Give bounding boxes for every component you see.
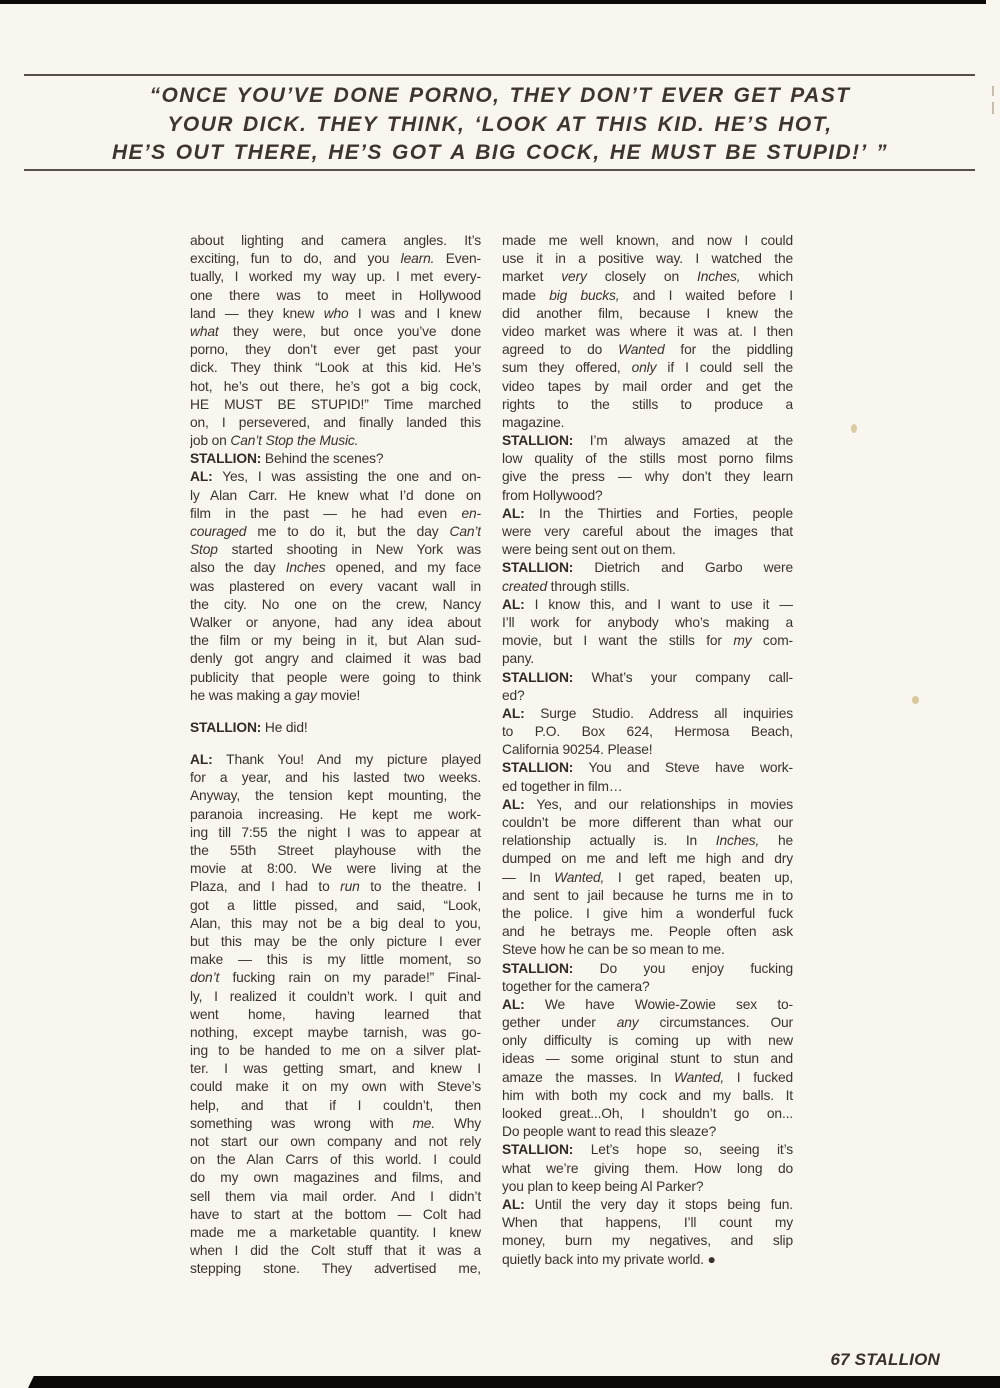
speaker-label: STALLION: bbox=[502, 433, 573, 448]
text-line: created through stills. bbox=[502, 578, 793, 596]
text-line: were being sent out on them. bbox=[502, 541, 793, 559]
speaker-label: AL: bbox=[190, 469, 213, 484]
text-line: the 55th Street playhouse with the bbox=[190, 842, 481, 860]
text-line: AL: In the Thirties and Forties, people bbox=[502, 505, 793, 523]
text-run: relationship actually is. In bbox=[502, 833, 716, 848]
text-run: give the press — why don’t they learn bbox=[502, 469, 793, 484]
pull-quote-line-3: HE’S OUT THERE, HE’S GOT A BIG COCK, HE … bbox=[25, 139, 975, 168]
text-line: ideas — some original stunt to stun and bbox=[502, 1050, 793, 1068]
italic-text: Inches bbox=[286, 560, 326, 575]
speaker-label: STALLION: bbox=[190, 451, 261, 466]
text-line: denly got angry and claimed it was bad bbox=[190, 650, 481, 668]
paper-scratch bbox=[992, 86, 994, 96]
text-line: ly Alan Carr. He knew what I’d done on bbox=[190, 487, 481, 505]
text-run: dumped on me and left me high and dry bbox=[502, 851, 793, 866]
text-line: give the press — why don’t they learn bbox=[502, 468, 793, 486]
text-line: only difficulty is coming up with new bbox=[502, 1032, 793, 1050]
text-run: the city. No one on the crew, Nancy bbox=[190, 597, 481, 612]
text-run: Let’s hope so, seeing it’s bbox=[573, 1142, 793, 1157]
text-line: STALLION: You and Steve have work- bbox=[502, 759, 793, 777]
italic-text: any bbox=[617, 1015, 639, 1030]
text-run: dick. They think “Look at this kid. He’s bbox=[190, 360, 481, 375]
text-run: use it in a positive way. I watched the bbox=[502, 251, 793, 266]
text-run: him with both my cock and my balls. It bbox=[502, 1088, 793, 1103]
text-run: Steve how he can be so mean to me. bbox=[502, 942, 725, 957]
text-line: looked great...Oh, I shouldn’t go on... bbox=[502, 1105, 793, 1123]
text-run: looked great...Oh, I shouldn’t go on... bbox=[502, 1106, 793, 1121]
italic-text: Wanted bbox=[618, 342, 664, 357]
text-run: for a year, and his lasted two weeks. bbox=[190, 770, 481, 785]
text-run: ter. I was getting smart, and knew I bbox=[190, 1061, 481, 1076]
text-run: and I waited before I bbox=[619, 288, 793, 303]
text-run: make — this is my little moment, so bbox=[190, 952, 481, 967]
text-line: money, burn my negatives, and slip bbox=[502, 1232, 793, 1250]
italic-text: created bbox=[502, 579, 547, 594]
text-line: but this may be the only picture I ever bbox=[190, 933, 481, 951]
text-run: also the day bbox=[190, 560, 286, 575]
text-line: and he betrays me. People often ask bbox=[502, 923, 793, 941]
text-run: com- bbox=[751, 633, 793, 648]
text-line: movie, but I want the stills for my com- bbox=[502, 632, 793, 650]
speaker-label: AL: bbox=[502, 706, 525, 721]
text-run: gether under bbox=[502, 1015, 617, 1030]
text-line: STALLION: What’s your company call- bbox=[502, 669, 793, 687]
text-line: sell them via mail order. And I didn’t bbox=[190, 1188, 481, 1206]
italic-text: big bucks, bbox=[549, 288, 619, 303]
italic-text: couraged bbox=[190, 524, 246, 539]
text-line: AL: Yes, and our relationships in movies bbox=[502, 796, 793, 814]
text-run: made me a marketable quantity. I knew bbox=[190, 1225, 481, 1240]
text-run: video tapes by mail order and get the bbox=[502, 379, 793, 394]
text-run: if I could sell the bbox=[656, 360, 793, 375]
text-run: together for the camera? bbox=[502, 979, 650, 994]
text-line: also the day Inches opened, and my face bbox=[190, 559, 481, 577]
text-line: film in the past — he had even en- bbox=[190, 505, 481, 523]
text-run: I fucked bbox=[724, 1070, 793, 1085]
text-line: got a little pissed, and said, “Look, bbox=[190, 897, 481, 915]
text-line: Anyway, the tension kept mounting, the bbox=[190, 787, 481, 805]
text-line: video tapes by mail order and get the bbox=[502, 378, 793, 396]
text-run: was plastered on every vacant wall in bbox=[190, 579, 481, 594]
text-run: and he betrays me. People often ask bbox=[502, 924, 793, 939]
text-run: job on bbox=[190, 433, 230, 448]
text-line: Stop started shooting in New York was bbox=[190, 541, 481, 559]
paper-speck bbox=[912, 696, 919, 704]
magazine-page: “ONCE YOU’VE DONE PORNO, THEY DON’T EVER… bbox=[0, 0, 1000, 1388]
text-run: were being sent out on them. bbox=[502, 542, 676, 557]
text-line: land — they knew who I was and I knew bbox=[190, 305, 481, 323]
italic-text: who bbox=[324, 306, 349, 321]
text-run: hot, he’s out there, he’s got a big cock… bbox=[190, 379, 481, 394]
italic-text: run bbox=[340, 879, 360, 894]
bottom-page-edge-bar bbox=[28, 1376, 1000, 1388]
text-line: AL: Surge Studio. Address all inquiries bbox=[502, 705, 793, 723]
text-run: Anyway, the tension kept mounting, the bbox=[190, 788, 481, 803]
text-line: made big bucks, and I waited before I bbox=[502, 287, 793, 305]
text-line: pany. bbox=[502, 650, 793, 668]
text-run: he bbox=[759, 833, 793, 848]
paper-speck bbox=[851, 424, 857, 433]
text-run: I get raped, beaten up, bbox=[604, 870, 793, 885]
text-run: couldn’t be more different than what our bbox=[502, 815, 793, 830]
paper-scratch bbox=[992, 102, 994, 114]
text-run: you plan to keep being Al Parker? bbox=[502, 1179, 703, 1194]
text-run: and sent to jail because he turns me in … bbox=[502, 888, 793, 903]
text-line: the film or my being in it, but Alan sud… bbox=[190, 632, 481, 650]
text-run: the 55th Street playhouse with the bbox=[190, 843, 481, 858]
text-run: Yes, I was assisting the one and on- bbox=[213, 469, 481, 484]
text-run: only difficulty is coming up with new bbox=[502, 1033, 793, 1048]
text-run: denly got angry and claimed it was bad bbox=[190, 651, 481, 666]
text-run: He did! bbox=[261, 720, 307, 735]
text-line: on the Alan Carrs of this world. I could bbox=[190, 1151, 481, 1169]
text-run: something was wrong with bbox=[190, 1116, 412, 1131]
text-run: me to do it, but the day bbox=[246, 524, 449, 539]
text-run: publicity that people were going to thin… bbox=[190, 670, 481, 685]
text-run: not start our own company and not rely bbox=[190, 1134, 481, 1149]
text-run: movie, but I want the stills for bbox=[502, 633, 733, 648]
text-run: made bbox=[502, 288, 549, 303]
text-run: amaze the masses. In bbox=[502, 1070, 674, 1085]
text-run: movie at 8:00. We were living at the bbox=[190, 861, 481, 876]
divider-rule-top bbox=[24, 74, 975, 76]
text-line: STALLION: I’m always amazed at the bbox=[502, 432, 793, 450]
text-run: Dietrich and Garbo were bbox=[573, 560, 793, 575]
text-run: market bbox=[502, 269, 561, 284]
text-line: made me a marketable quantity. I knew bbox=[190, 1224, 481, 1242]
text-line: something was wrong with me. Why bbox=[190, 1115, 481, 1133]
italic-text: my bbox=[733, 633, 751, 648]
text-line: market very closely on Inches, which bbox=[502, 268, 793, 286]
text-line: tually, I worked my way up. I met every- bbox=[190, 268, 481, 286]
text-line: — In Wanted, I get raped, beaten up, bbox=[502, 869, 793, 887]
text-line: movie at 8:00. We were living at the bbox=[190, 860, 481, 878]
text-run: Why bbox=[435, 1116, 481, 1131]
text-line: magazine. bbox=[502, 414, 793, 432]
text-run: HE MUST BE STUPID!” Time marched bbox=[190, 397, 481, 412]
text-line: AL: I know this, and I want to use it — bbox=[502, 596, 793, 614]
text-line: agreed to do Wanted for the piddling bbox=[502, 341, 793, 359]
text-line: what we’re giving them. How long do bbox=[502, 1160, 793, 1178]
text-line: relationship actually is. In Inches, he bbox=[502, 832, 793, 850]
italic-text: Can’t Stop the Music. bbox=[230, 433, 358, 448]
text-line: AL: We have Wowie-Zowie sex to- bbox=[502, 996, 793, 1014]
text-run: they were, but once you’ve done bbox=[219, 324, 481, 339]
text-run: stepping stone. They advertised me, bbox=[190, 1261, 481, 1276]
italic-text: learn. bbox=[401, 251, 435, 266]
text-run: I know this, and I want to use it — bbox=[525, 597, 793, 612]
pull-quote-line-1: “ONCE YOU’VE DONE PORNO, THEY DON’T EVER… bbox=[25, 82, 975, 111]
italic-text: Stop bbox=[190, 542, 218, 557]
text-line: STALLION: Let’s hope so, seeing it’s bbox=[502, 1141, 793, 1159]
italic-text: gay bbox=[295, 688, 317, 703]
text-run: nothing, except maybe tarnish, was go- bbox=[190, 1025, 481, 1040]
text-line: STALLION: Do you enjoy fucking bbox=[502, 960, 793, 978]
text-line: make — this is my little moment, so bbox=[190, 951, 481, 969]
text-line: rights to the stills to produce a bbox=[502, 396, 793, 414]
text-run: ing till 7:55 the night I was to appear … bbox=[190, 825, 481, 840]
text-run: fucking rain on my parade!” Final- bbox=[219, 970, 481, 985]
text-run: paranoia increasing. He kept me work- bbox=[190, 807, 481, 822]
text-line: he was making a gay movie! bbox=[190, 687, 481, 705]
text-run: We have Wowie-Zowie sex to- bbox=[525, 997, 793, 1012]
text-line: the police. I give him a wonderful fuck bbox=[502, 905, 793, 923]
text-line: the city. No one on the crew, Nancy bbox=[190, 596, 481, 614]
text-line: Steve how he can be so mean to me. bbox=[502, 941, 793, 959]
text-line: dumped on me and left me high and dry bbox=[502, 850, 793, 868]
text-line: couldn’t be more different than what our bbox=[502, 814, 793, 832]
text-run: but this may be the only picture I ever bbox=[190, 934, 481, 949]
text-line: STALLION: He did! bbox=[190, 719, 481, 737]
text-line: AL: Until the very day it stops being fu… bbox=[502, 1196, 793, 1214]
text-run: film in the past — he had even bbox=[190, 506, 462, 521]
text-line: him with both my cock and my balls. It bbox=[502, 1087, 793, 1105]
text-run: were very careful about the images that bbox=[502, 524, 793, 539]
text-run: which bbox=[740, 269, 793, 284]
article-column-right: made me well known, and now I coulduse i… bbox=[502, 232, 793, 1279]
text-line: gether under any circumstances. Our bbox=[502, 1014, 793, 1032]
text-run: I was and I knew bbox=[349, 306, 481, 321]
text-line: made me well known, and now I could bbox=[502, 232, 793, 250]
text-line: hot, he’s out there, he’s got a big cock… bbox=[190, 378, 481, 396]
text-line: one there was to meet in Hollywood bbox=[190, 287, 481, 305]
text-run: In the Thirties and Forties, people bbox=[525, 506, 793, 521]
text-run: porno, they don’t ever get past your bbox=[190, 342, 481, 357]
text-run: started shooting in New York was bbox=[218, 542, 481, 557]
article-column-left: about lighting and camera angles. It’sex… bbox=[190, 232, 481, 1279]
text-line: video market was where it was at. I then bbox=[502, 323, 793, 341]
speaker-label: AL: bbox=[502, 506, 525, 521]
italic-text: what bbox=[190, 324, 219, 339]
text-run: When that happens, I’ll count my bbox=[502, 1215, 793, 1230]
text-run: movie! bbox=[317, 688, 360, 703]
page-number-and-magazine-name: 67 STALLION bbox=[830, 1350, 940, 1369]
text-run: have to start at the bottom — Colt had bbox=[190, 1207, 481, 1222]
text-run: closely on bbox=[587, 269, 697, 284]
text-run: could make it on my own with Steve’s bbox=[190, 1079, 481, 1094]
text-line: quietly back into my private world. ● bbox=[502, 1251, 793, 1269]
text-run: to the theatre. I bbox=[360, 879, 481, 894]
text-run: did another film, because I knew the bbox=[502, 306, 793, 321]
italic-text: Can’t bbox=[450, 524, 481, 539]
text-line: to P.O. Box 624, Hermosa Beach, bbox=[502, 723, 793, 741]
text-run: land — they knew bbox=[190, 306, 324, 321]
text-line: you plan to keep being Al Parker? bbox=[502, 1178, 793, 1196]
text-run: — In bbox=[502, 870, 554, 885]
text-line: from Hollywood? bbox=[502, 487, 793, 505]
text-line: ter. I was getting smart, and knew I bbox=[190, 1060, 481, 1078]
text-line: porno, they don’t ever get past your bbox=[190, 341, 481, 359]
text-line: do my own magazines and films, and bbox=[190, 1169, 481, 1187]
text-run: pany. bbox=[502, 651, 534, 666]
text-line: went home, having learned that bbox=[190, 1006, 481, 1024]
text-run: Until the very day it stops being fun. bbox=[525, 1197, 793, 1212]
text-run: Do you enjoy fucking bbox=[573, 961, 793, 976]
text-run: the film or my being in it, but Alan sud… bbox=[190, 633, 481, 648]
text-run: I’m always amazed at the bbox=[573, 433, 793, 448]
text-line: Plaza, and I had to run to the theatre. … bbox=[190, 878, 481, 896]
text-line: did another film, because I knew the bbox=[502, 305, 793, 323]
text-line: together for the camera? bbox=[502, 978, 793, 996]
divider-rule-bottom bbox=[24, 169, 975, 171]
text-line: Do people want to read this sleaze? bbox=[502, 1123, 793, 1141]
speaker-label: STALLION: bbox=[502, 760, 573, 775]
text-line: dick. They think “Look at this kid. He’s bbox=[190, 359, 481, 377]
text-run: through stills. bbox=[547, 579, 630, 594]
text-run: Do people want to read this sleaze? bbox=[502, 1124, 716, 1139]
page-footer: 67 STALLION bbox=[0, 1350, 940, 1370]
text-line: were very careful about the images that bbox=[502, 523, 793, 541]
text-line: Walker or anyone, had any idea about bbox=[190, 614, 481, 632]
text-run: Yes, and our relationships in movies bbox=[525, 797, 793, 812]
text-line: don’t fucking rain on my parade!” Final- bbox=[190, 969, 481, 987]
text-run: went home, having learned that bbox=[190, 1007, 481, 1022]
text-line: exciting, fun to do, and you learn. Even… bbox=[190, 250, 481, 268]
italic-text: only bbox=[632, 360, 657, 375]
text-run: opened, and my face bbox=[325, 560, 481, 575]
text-line: AL: Yes, I was assisting the one and on- bbox=[190, 468, 481, 486]
text-run: ing to be handed to me on a silver plat- bbox=[190, 1043, 481, 1058]
text-run: circumstances. Our bbox=[639, 1015, 793, 1030]
text-run: when I did the Colt stuff that it was a bbox=[190, 1243, 481, 1258]
text-line: on, I persevered, and finally landed thi… bbox=[190, 414, 481, 432]
speaker-label: AL: bbox=[502, 997, 525, 1012]
text-run: ideas — some original stunt to stun and bbox=[502, 1051, 793, 1066]
text-run: he was making a bbox=[190, 688, 295, 703]
text-line: job on Can’t Stop the Music. bbox=[190, 432, 481, 450]
text-line: publicity that people were going to thin… bbox=[190, 669, 481, 687]
text-line: about lighting and camera angles. It’s bbox=[190, 232, 481, 250]
text-run: ly Alan Carr. He knew what I’d done on bbox=[190, 488, 481, 503]
italic-text: Inches, bbox=[697, 269, 740, 284]
text-run: ed? bbox=[502, 688, 525, 703]
text-line: was plastered on every vacant wall in bbox=[190, 578, 481, 596]
text-line: I’ll work for anybody who’s making a bbox=[502, 614, 793, 632]
text-line: could make it on my own with Steve’s bbox=[190, 1078, 481, 1096]
text-run: ly, I realized it couldn’t work. I quit … bbox=[190, 989, 481, 1004]
italic-text: Wanted, bbox=[554, 870, 604, 885]
text-run: rights to the stills to produce a bbox=[502, 397, 793, 412]
text-line: when I did the Colt stuff that it was a bbox=[190, 1242, 481, 1260]
text-line: have to start at the bottom — Colt had bbox=[190, 1206, 481, 1224]
italic-text: en- bbox=[462, 506, 482, 521]
italic-text: Wanted, bbox=[674, 1070, 724, 1085]
text-line: ly, I realized it couldn’t work. I quit … bbox=[190, 988, 481, 1006]
text-line: low quality of the stills most porno fil… bbox=[502, 450, 793, 468]
text-line: use it in a positive way. I watched the bbox=[502, 250, 793, 268]
text-run: video market was where it was at. I then bbox=[502, 324, 793, 339]
text-run: do my own magazines and films, and bbox=[190, 1170, 481, 1185]
text-line: ing to be handed to me on a silver plat- bbox=[190, 1042, 481, 1060]
text-line: nothing, except maybe tarnish, was go- bbox=[190, 1024, 481, 1042]
text-run: help, and that if I couldn’t, then bbox=[190, 1098, 481, 1113]
speaker-label: STALLION: bbox=[502, 1142, 573, 1157]
text-line: STALLION: Behind the scenes? bbox=[190, 450, 481, 468]
text-line: what they were, but once you’ve done bbox=[190, 323, 481, 341]
text-line: Alan, this may not be a big deal to you, bbox=[190, 915, 481, 933]
text-run: on the Alan Carrs of this world. I could bbox=[190, 1152, 481, 1167]
text-line: ed together in film… bbox=[502, 778, 793, 796]
speaker-label: AL: bbox=[190, 752, 213, 767]
speaker-label: STALLION: bbox=[502, 560, 573, 575]
speaker-label: STALLION: bbox=[502, 670, 573, 685]
speaker-label: AL: bbox=[502, 797, 525, 812]
text-line: for a year, and his lasted two weeks. bbox=[190, 769, 481, 787]
text-run: made me well known, and now I could bbox=[502, 233, 793, 248]
text-run: Alan, this may not be a big deal to you, bbox=[190, 916, 481, 931]
text-line: ing till 7:55 the night I was to appear … bbox=[190, 824, 481, 842]
text-run: what we’re giving them. How long do bbox=[502, 1161, 793, 1176]
text-run: I’ll work for anybody who’s making a bbox=[502, 615, 793, 630]
pull-quote-line-2: YOUR DICK. THEY THINK, ‘LOOK AT THIS KID… bbox=[25, 111, 975, 140]
text-run: Plaza, and I had to bbox=[190, 879, 340, 894]
top-page-edge-bar bbox=[0, 0, 986, 4]
text-line: couraged me to do it, but the day Can’t bbox=[190, 523, 481, 541]
text-run: sell them via mail order. And I didn’t bbox=[190, 1189, 481, 1204]
text-line: STALLION: Dietrich and Garbo were bbox=[502, 559, 793, 577]
article-body: about lighting and camera angles. It’sex… bbox=[190, 232, 793, 1279]
text-run: sum they offered, bbox=[502, 360, 632, 375]
speaker-label: STALLION: bbox=[190, 720, 261, 735]
text-line: AL: Thank You! And my picture played bbox=[190, 751, 481, 769]
text-run: California 90254. Please! bbox=[502, 742, 652, 757]
italic-text: Inches, bbox=[716, 833, 759, 848]
text-run: What’s your company call- bbox=[573, 670, 793, 685]
text-line: and sent to jail because he turns me in … bbox=[502, 887, 793, 905]
speaker-label: AL: bbox=[502, 1197, 525, 1212]
text-run: quietly back into my private world. ● bbox=[502, 1252, 716, 1267]
speaker-label: STALLION: bbox=[502, 961, 573, 976]
text-line: When that happens, I’ll count my bbox=[502, 1214, 793, 1232]
text-line: sum they offered, only if I could sell t… bbox=[502, 359, 793, 377]
text-run: got a little pissed, and said, “Look, bbox=[190, 898, 481, 913]
text-run: the police. I give him a wonderful fuck bbox=[502, 906, 793, 921]
text-run: to P.O. Box 624, Hermosa Beach, bbox=[502, 724, 793, 739]
text-line: paranoia increasing. He kept me work- bbox=[190, 806, 481, 824]
italic-text: me. bbox=[412, 1116, 435, 1131]
text-run: low quality of the stills most porno fil… bbox=[502, 451, 793, 466]
text-line: help, and that if I couldn’t, then bbox=[190, 1097, 481, 1115]
text-line: HE MUST BE STUPID!” Time marched bbox=[190, 396, 481, 414]
text-run: Walker or anyone, had any idea about bbox=[190, 615, 481, 630]
text-line: ed? bbox=[502, 687, 793, 705]
speaker-label: AL: bbox=[502, 597, 525, 612]
text-run: about lighting and camera angles. It’s bbox=[190, 233, 481, 248]
text-run: Thank You! And my picture played bbox=[213, 752, 481, 767]
italic-text: don’t bbox=[190, 970, 219, 985]
text-run: ed together in film… bbox=[502, 779, 622, 794]
text-run: Behind the scenes? bbox=[261, 451, 383, 466]
text-run: for the piddling bbox=[664, 342, 793, 357]
text-run: from Hollywood? bbox=[502, 488, 603, 503]
text-line: amaze the masses. In Wanted, I fucked bbox=[502, 1069, 793, 1087]
pull-quote: “ONCE YOU’VE DONE PORNO, THEY DON’T EVER… bbox=[25, 82, 975, 168]
text-line: not start our own company and not rely bbox=[190, 1133, 481, 1151]
text-run: You and Steve have work- bbox=[573, 760, 793, 775]
text-line: stepping stone. They advertised me, bbox=[190, 1260, 481, 1278]
text-run: tually, I worked my way up. I met every- bbox=[190, 269, 481, 284]
text-run: one there was to meet in Hollywood bbox=[190, 288, 481, 303]
text-run: Surge Studio. Address all inquiries bbox=[525, 706, 793, 721]
text-run: Even- bbox=[434, 251, 481, 266]
text-run: money, burn my negatives, and slip bbox=[502, 1233, 793, 1248]
italic-text: very bbox=[561, 269, 586, 284]
text-run: on, I persevered, and finally landed thi… bbox=[190, 415, 481, 430]
text-run: magazine. bbox=[502, 415, 564, 430]
text-run: agreed to do bbox=[502, 342, 618, 357]
text-run: exciting, fun to do, and you bbox=[190, 251, 401, 266]
text-line: California 90254. Please! bbox=[502, 741, 793, 759]
